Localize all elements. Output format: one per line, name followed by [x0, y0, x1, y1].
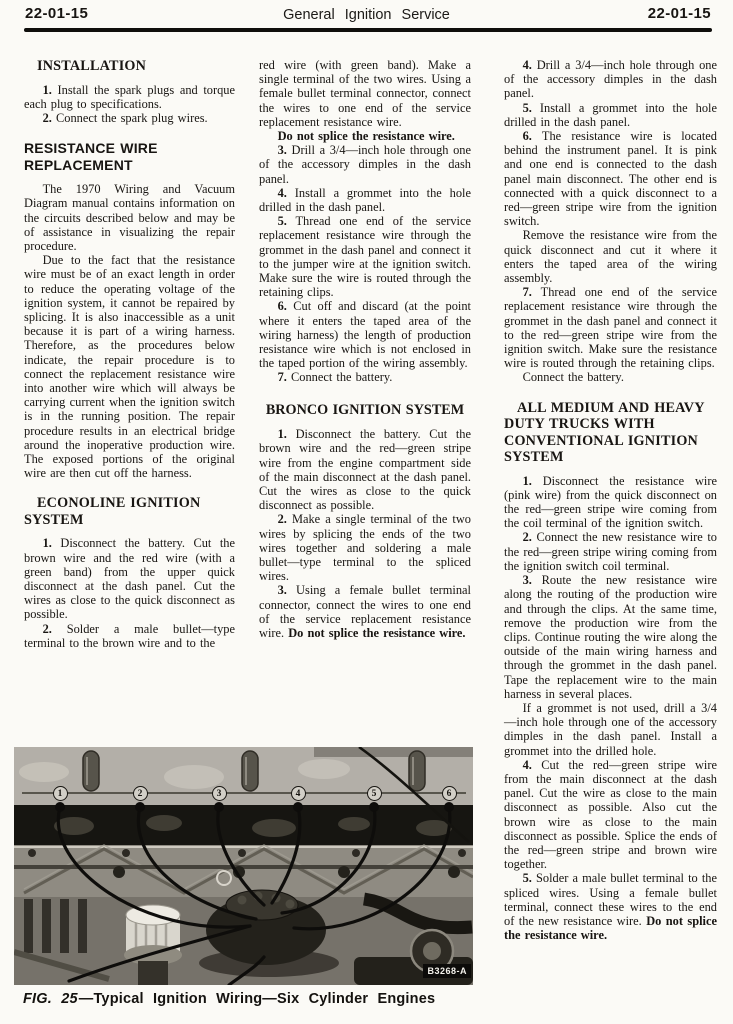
paragraph: 5. Thread one end of the service replace… — [259, 214, 471, 299]
text-column-3: 4. Drill a 3/4—inch hole through one of … — [504, 58, 717, 942]
paragraph: 1. Disconnect the resistance wire (pink … — [504, 474, 717, 531]
paragraph: red wire (with green band). Make a singl… — [259, 58, 471, 129]
manual-page: 22-01-15 General Ignition Service 22-01-… — [0, 0, 733, 1024]
section-heading: RESISTANCE WIRE REPLACEMENT — [24, 140, 235, 174]
figure-caption-number: FIG. 25 — [23, 991, 78, 1007]
paragraph: 6. The resistance wire is located behind… — [504, 129, 717, 228]
paragraph: 4. Cut the red—green stripe wire from th… — [504, 758, 717, 872]
page-number-right: 22-01-15 — [648, 5, 711, 22]
paragraph: 3. Using a female bullet terminal connec… — [259, 583, 471, 640]
figure-caption-text: —Typical Ignition Wiring—Six Cylinder En… — [79, 991, 436, 1007]
paragraph: Connect the battery. — [504, 370, 717, 384]
cylinder-callout-3: 3 — [212, 786, 227, 801]
header-rule — [24, 28, 712, 32]
engine-photo — [14, 747, 473, 985]
paragraph: If a grommet is not used, drill a 3/4—in… — [504, 701, 717, 758]
cylinder-callout-6: 6 — [442, 786, 457, 801]
paragraph: 5. Install a grommet into the hole drill… — [504, 101, 717, 129]
paragraph: 2. Connect the spark plug wires. — [24, 111, 235, 125]
paragraph: 2. Connect the new resistance wire to th… — [504, 530, 717, 573]
figure-caption: FIG. 25—Typical Ignition Wiring—Six Cyli… — [23, 991, 435, 1007]
text-column-1: INSTALLATION1. Install the spark plugs a… — [24, 58, 235, 650]
paragraph: 2. Solder a male bullet—type terminal to… — [24, 622, 235, 650]
section-heading: ECONOLINE IGNITION SYSTEM — [24, 495, 235, 528]
cylinder-callout-5: 5 — [367, 786, 382, 801]
paragraph: 5. Solder a male bullet terminal to the … — [504, 871, 717, 942]
paragraph: The 1970 Wiring and Vacuum Diagram manua… — [24, 182, 235, 253]
section-heading: BRONCO IGNITION SYSTEM — [259, 402, 471, 419]
paragraph: 1. Install the spark plugs and torque ea… — [24, 83, 235, 111]
figure-25: 123456 B3268-A — [14, 747, 473, 985]
paragraph: 4. Install a grommet into the hole drill… — [259, 186, 471, 214]
paragraph: 7. Thread one end of the service replace… — [504, 285, 717, 370]
paragraph: 4. Drill a 3/4—inch hole through one of … — [504, 58, 717, 101]
cylinder-callout-4: 4 — [291, 786, 306, 801]
paragraph: 3. Route the new resistance wire along t… — [504, 573, 717, 701]
paragraph: 1. Disconnect the battery. Cut the brown… — [259, 427, 471, 512]
paragraph: 6. Cut off and discard (at the point whe… — [259, 299, 471, 370]
paragraph: 7. Connect the battery. — [259, 370, 471, 384]
section-heading: ALL MEDIUM AND HEAVY DUTY TRUCKS WITH CO… — [504, 400, 717, 466]
text-column-2: red wire (with green band). Make a singl… — [259, 58, 471, 640]
paragraph: 3. Drill a 3/4—inch hole through one of … — [259, 143, 471, 186]
cylinder-callout-1: 1 — [53, 786, 68, 801]
paragraph: Remove the resistance wire from the quic… — [504, 228, 717, 285]
section-heading: INSTALLATION — [24, 58, 235, 75]
paragraph: 1. Disconnect the battery. Cut the brown… — [24, 536, 235, 621]
paragraph: Due to the fact that the resistance wire… — [24, 253, 235, 480]
cylinder-callout-2: 2 — [133, 786, 148, 801]
photo-code-label: B3268-A — [423, 964, 471, 978]
paragraph: Do not splice the resistance wire. — [259, 129, 471, 143]
paragraph: 2. Make a single terminal of the two wir… — [259, 512, 471, 583]
page-title: General Ignition Service — [0, 7, 733, 23]
